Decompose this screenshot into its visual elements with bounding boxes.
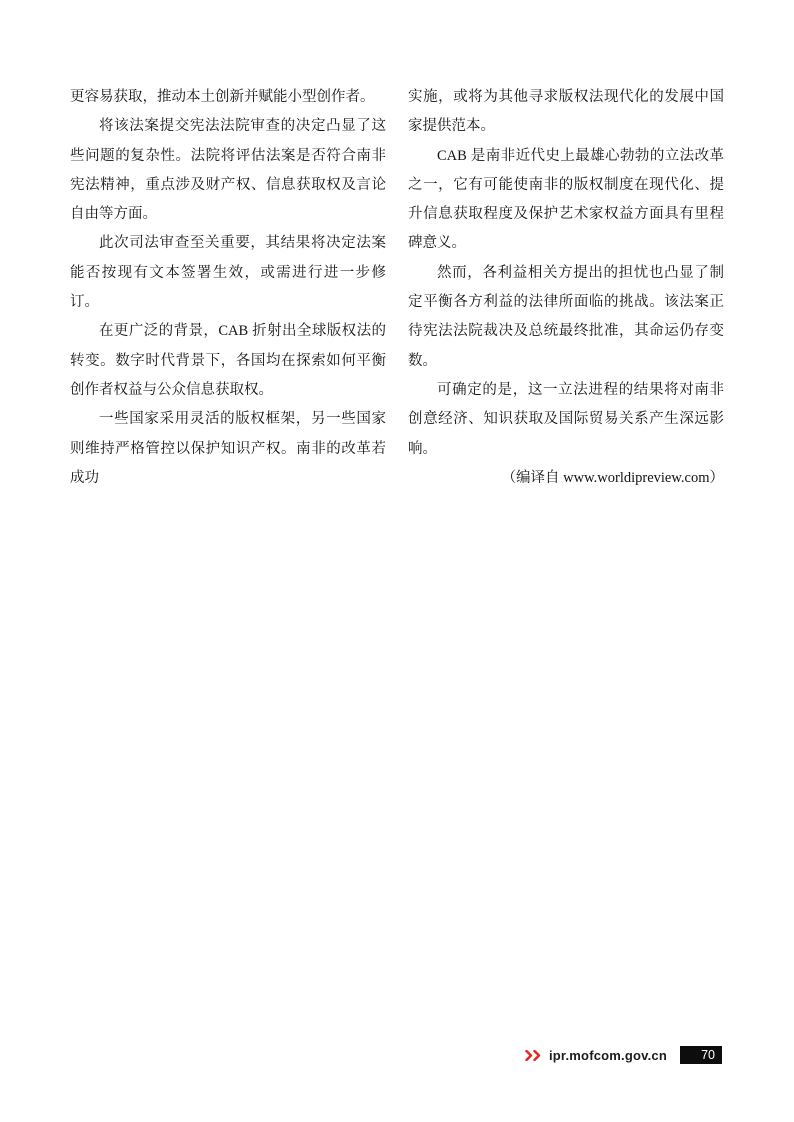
column-left: 更容易获取，推动本土创新并赋能小型创作者。将该法案提交宪法法院审查的决定凸显了这…	[70, 83, 386, 493]
footer-site-url: ipr.mofcom.gov.cn	[549, 1048, 667, 1063]
paragraph: 然而，各利益相关方提出的担忧也凸显了制定平衡各方利益的法律所面临的挑战。该法案正…	[408, 259, 724, 376]
paragraph: CAB 是南非近代史上最雄心勃勃的立法改革之一，它有可能使南非的版权制度在现代化…	[408, 142, 724, 259]
column-right-paragraphs: 实施，或将为其他寻求版权法现代化的发展中国家提供范本。CAB 是南非近代史上最雄…	[408, 83, 724, 464]
paragraph: 一些国家采用灵活的版权框架，另一些国家则维持严格管控以保护知识产权。南非的改革若…	[70, 405, 386, 493]
page-number-badge: 70	[680, 1046, 722, 1064]
paragraph: 此次司法审查至关重要，其结果将决定法案能否按现有文本签署生效，或需进行进一步修订…	[70, 229, 386, 317]
double-right-chevron-icon	[525, 1050, 542, 1061]
paragraph: 实施，或将为其他寻求版权法现代化的发展中国家提供范本。	[408, 83, 724, 142]
paragraph: 更容易获取，推动本土创新并赋能小型创作者。	[70, 83, 386, 112]
attribution-source: （编译自 www.worldipreview.com）	[408, 464, 724, 493]
document-page: 更容易获取，推动本土创新并赋能小型创作者。将该法案提交宪法法院审查的决定凸显了这…	[0, 0, 794, 1122]
article-body: 更容易获取，推动本土创新并赋能小型创作者。将该法案提交宪法法院审查的决定凸显了这…	[70, 83, 724, 493]
page-footer: ipr.mofcom.gov.cn 70	[525, 1046, 722, 1064]
paragraph: 可确定的是，这一立法进程的结果将对南非创意经济、知识获取及国际贸易关系产生深远影…	[408, 376, 724, 464]
column-right: 实施，或将为其他寻求版权法现代化的发展中国家提供范本。CAB 是南非近代史上最雄…	[408, 83, 724, 493]
paragraph: 将该法案提交宪法法院审查的决定凸显了这些问题的复杂性。法院将评估法案是否符合南非…	[70, 112, 386, 229]
paragraph: 在更广泛的背景，CAB 折射出全球版权法的转变。数字时代背景下，各国均在探索如何…	[70, 317, 386, 405]
